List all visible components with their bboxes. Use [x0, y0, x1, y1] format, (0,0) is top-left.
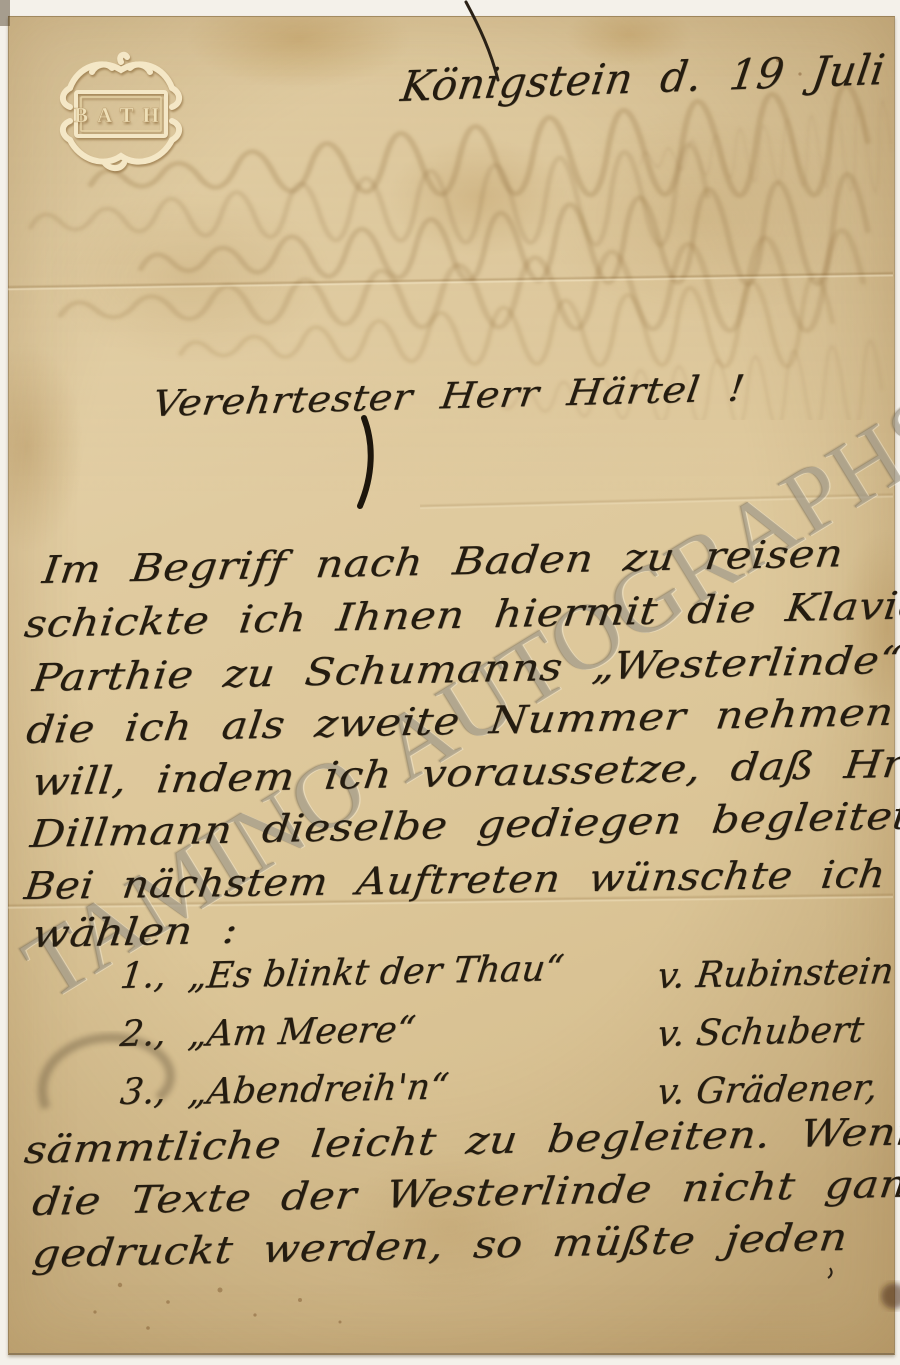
program-item-composer: v. Grädener,	[655, 1067, 880, 1113]
program-item-number: 3.,	[118, 1071, 169, 1113]
program-item-number: 1.,	[118, 955, 169, 997]
program-item-title: „Abendreih'n“	[186, 1066, 451, 1113]
program-item-composer: v. Rubinstein	[655, 951, 896, 997]
seal-text: BATH	[74, 103, 168, 127]
letter-scan: TAMINO AUTOGRAPHS BATH Königstein d. 19 …	[0, 0, 900, 1365]
program-item-title: „Am Meere“	[186, 1009, 417, 1055]
program-item-composer: v. Schubert	[655, 1010, 866, 1055]
program-item: 1., „Es blinkt der Thau“ v. Rubinstein	[0, 956, 900, 1008]
body-line: wählen :	[30, 908, 240, 956]
program-item-title: „Es blinkt der Thau“	[186, 948, 566, 997]
scan-corner-shadow	[0, 0, 10, 26]
program-item: 2., „Am Meere“ v. Schubert	[0, 1014, 900, 1066]
program-item-number: 2.,	[118, 1013, 169, 1055]
embossed-seal: BATH	[46, 48, 196, 180]
